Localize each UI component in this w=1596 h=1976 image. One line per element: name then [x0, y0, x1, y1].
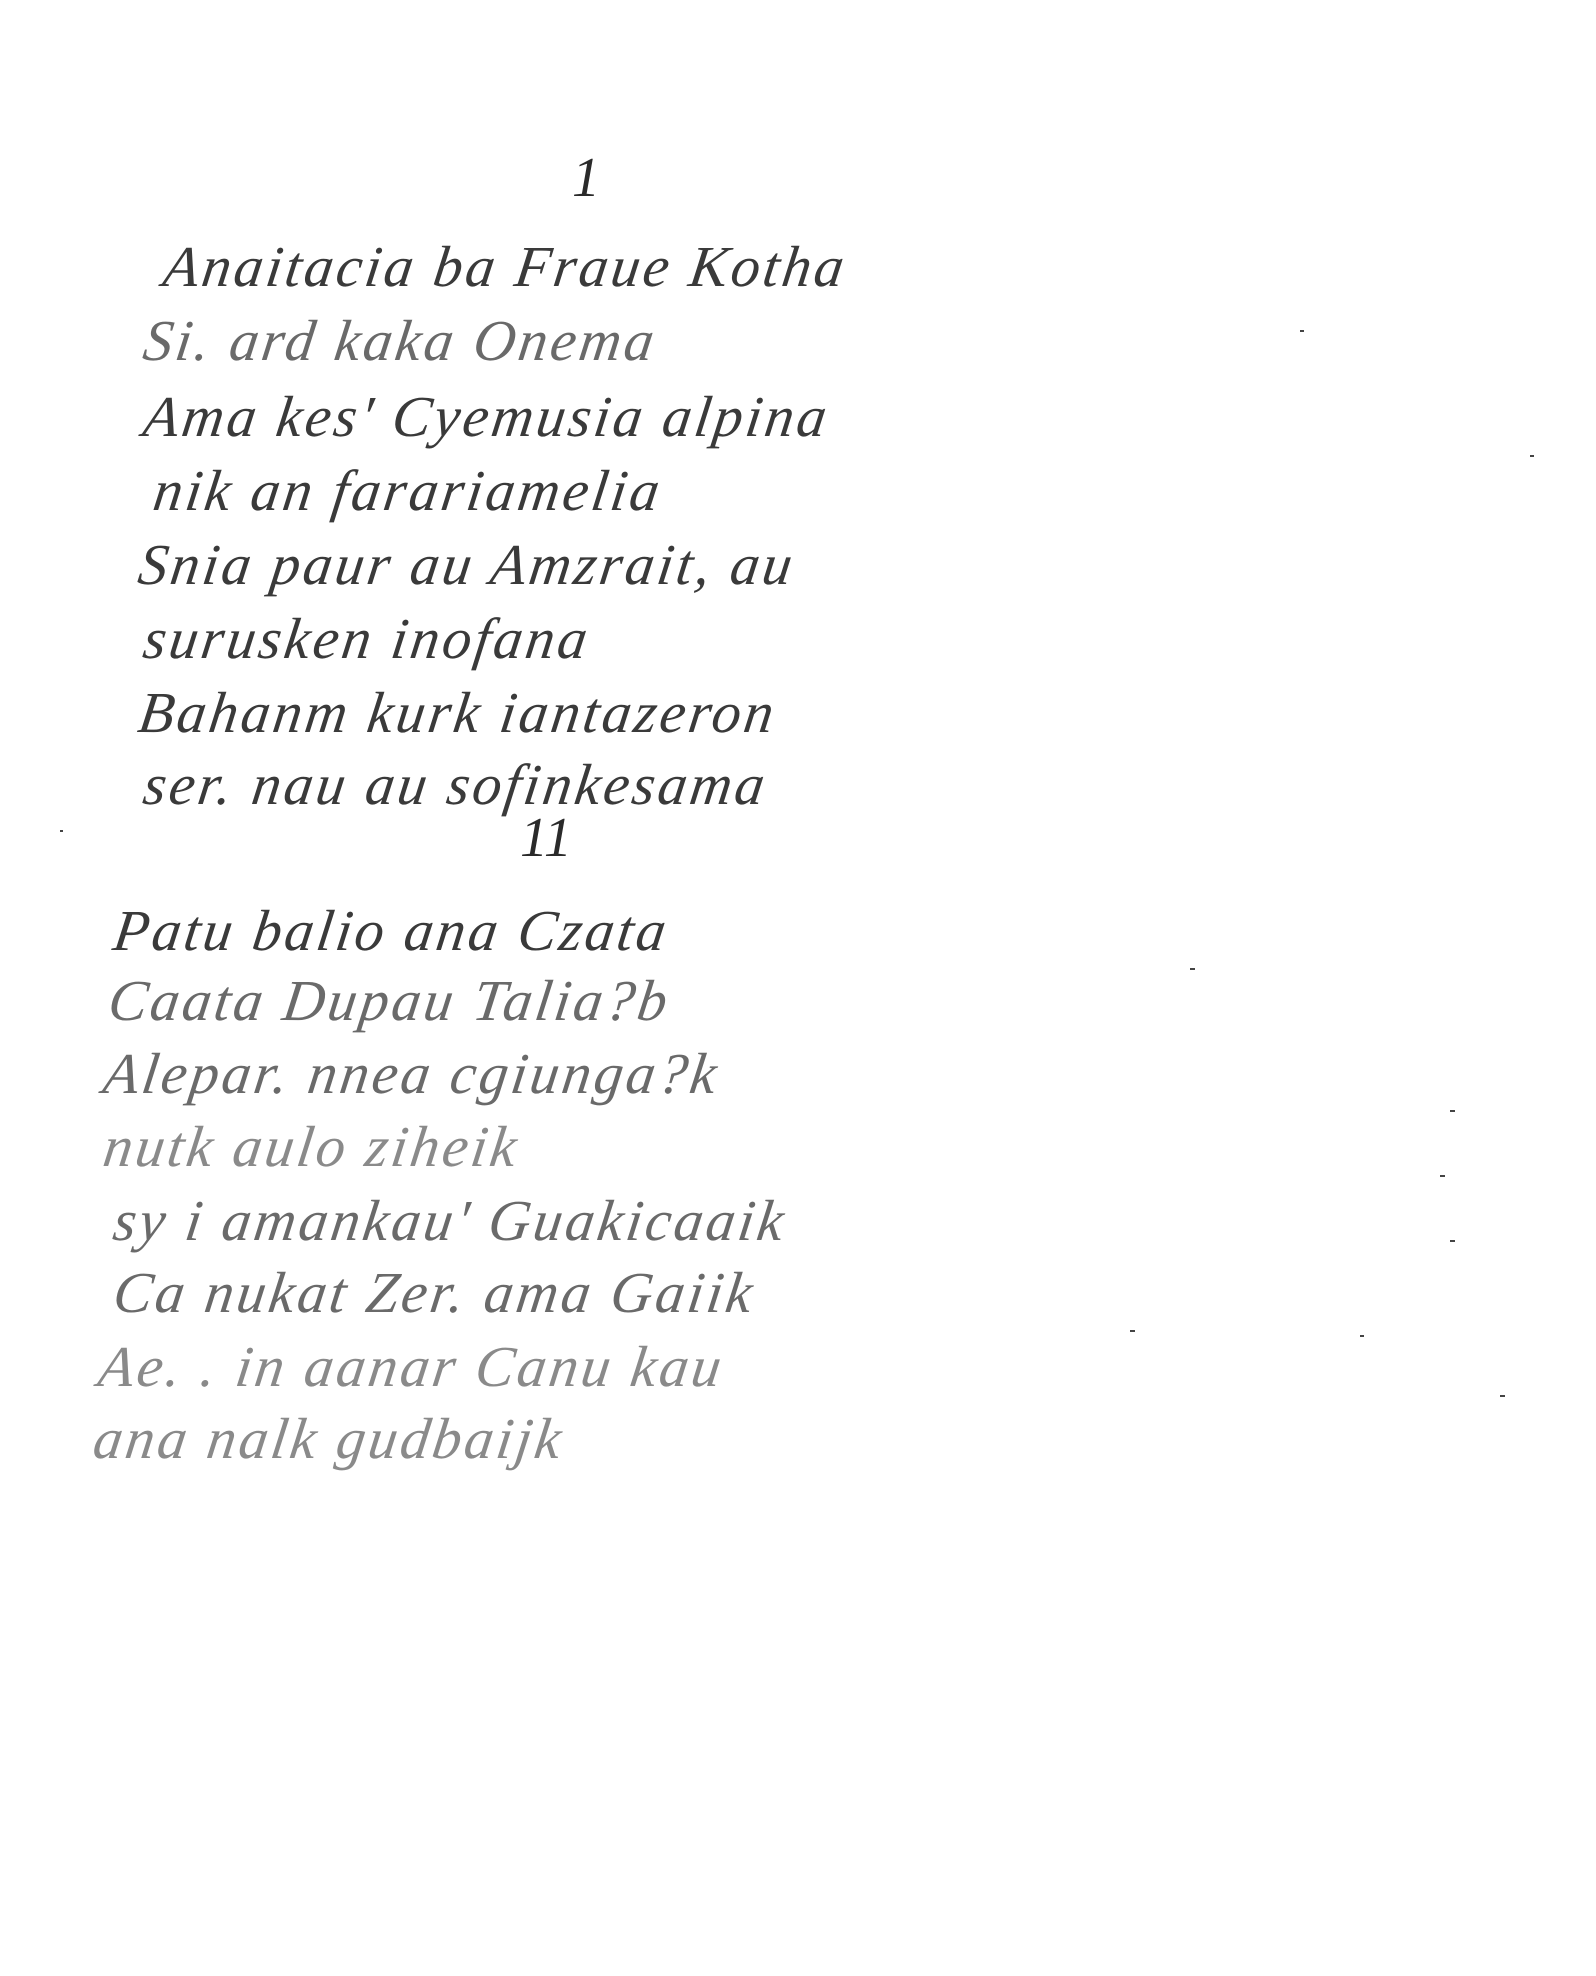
manuscript-page: 1 Anaitacia ba Fraue Kotha Si. ard kaka … [0, 0, 1596, 1976]
manuscript-line: sy i amankau' Guakicaaik [110, 1192, 790, 1250]
scan-speck [1500, 1395, 1505, 1397]
manuscript-line: Ama kes' Cyemusia alpina [140, 388, 833, 446]
scan-speck [1360, 1335, 1364, 1337]
manuscript-line: Anaitacia ba Fraue Kotha [160, 238, 851, 296]
manuscript-line: Si. ard kaka Onema [140, 312, 661, 370]
scan-speck [1300, 330, 1304, 332]
scan-speck [1190, 968, 1195, 970]
manuscript-line: Patu balio ana Czata [110, 902, 673, 960]
manuscript-line: ser. nau au sofinkesama [140, 756, 771, 814]
stanza-marker-1: 1 [572, 150, 600, 206]
manuscript-line: nik an farariamelia [150, 462, 666, 520]
scan-speck [1450, 1110, 1455, 1112]
manuscript-line: Bahanm kurk iantazeron [135, 684, 780, 742]
manuscript-line: surusken inofana [140, 610, 594, 668]
manuscript-line: Ae. . in aanar Canu kau [95, 1338, 728, 1396]
stanza-marker-2: 11 [520, 810, 572, 866]
manuscript-line: nutk aulo ziheik [100, 1118, 523, 1176]
scan-speck [60, 830, 63, 832]
manuscript-line: Alepar. nnea cgiunga?k [100, 1045, 723, 1103]
scan-speck [1130, 1330, 1135, 1332]
manuscript-line: ana nalk gudbaijk [90, 1410, 568, 1468]
scan-speck [1530, 455, 1534, 457]
manuscript-line: Snia paur au Amzrait, au [135, 536, 799, 594]
scan-speck [1440, 1175, 1445, 1177]
scan-speck [1450, 1240, 1455, 1242]
manuscript-line: Caata Dupau Talia?b [105, 972, 674, 1030]
manuscript-line: Ca nukat Zer. ama Gaiik [110, 1264, 759, 1322]
